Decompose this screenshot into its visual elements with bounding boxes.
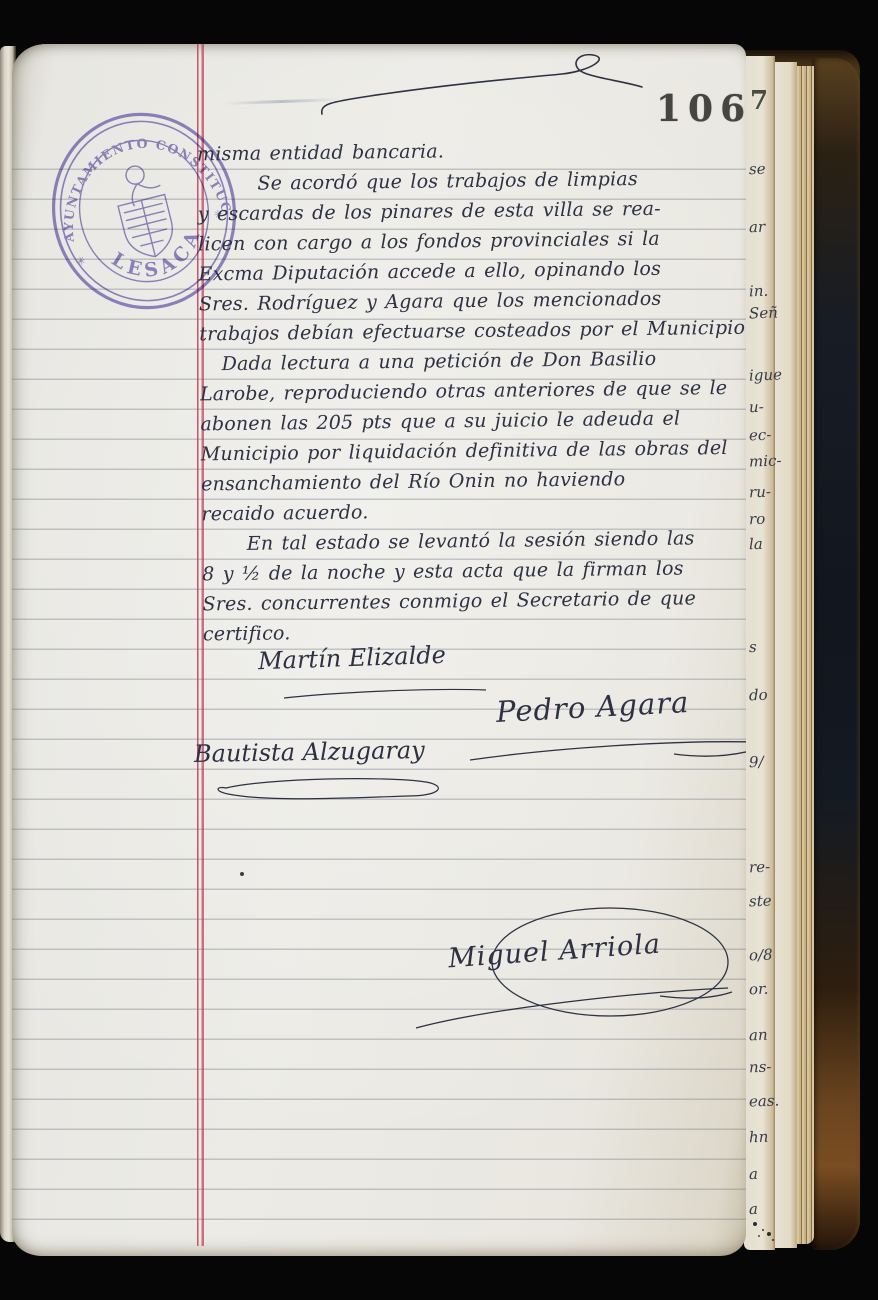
edge-text-fragment: ar	[749, 218, 766, 237]
edge-text-fragment: eas.	[749, 1091, 780, 1110]
edge-text-fragment: a	[749, 1200, 759, 1218]
edge-text-fragment: ns-	[749, 1058, 772, 1077]
edge-text-fragment: s	[749, 638, 757, 656]
edge-text-fragment: ec-	[749, 426, 772, 445]
page-number: 106	[656, 88, 746, 130]
edge-text-fragment: hn	[749, 1128, 769, 1147]
photographed-minutes-book: 7 searin.Señigueu-ec-mic-ru-rolasdo9/re-…	[0, 0, 878, 1300]
edge-text-fragment: or.	[749, 980, 769, 999]
handwritten-text-block: misma entidad bancaria.Se acordó que los…	[197, 133, 746, 650]
edge-text-fragments: 7 searin.Señigueu-ec-mic-ru-rolasdo9/re-…	[744, 56, 808, 1250]
book-binding	[812, 58, 860, 1250]
edge-text-fragment: u-	[749, 398, 764, 417]
edge-text-fragment: ste	[749, 892, 772, 911]
ink-flourish	[310, 52, 650, 130]
edge-text-fragment: do	[749, 686, 768, 705]
edge-text-fragment: a	[749, 1165, 759, 1183]
edge-text-fragment: se	[749, 160, 766, 179]
signature-councilor-left: Bautista Alzugaray	[194, 736, 425, 768]
ink-dot	[240, 872, 244, 876]
edge-text-fragment: in.	[749, 282, 769, 301]
edge-text-fragment: re-	[749, 858, 771, 877]
stamp-star-left: ✳	[75, 254, 87, 269]
edge-text-fragment: ru-	[749, 483, 772, 502]
edge-text-fragment: o/8	[749, 946, 773, 965]
edge-text-fragment: an	[749, 1026, 768, 1045]
edge-text-fragment: la	[749, 535, 763, 553]
manuscript-page: 106 AYUNTAMIENTO CONSTITUCIONAL DE LESAC…	[12, 44, 746, 1256]
edge-text-fragment: mic-	[749, 451, 782, 470]
stamp-crest	[110, 161, 179, 263]
edge-text-fragment: Señ	[749, 304, 778, 323]
edge-text-fragment: 9/	[749, 753, 764, 771]
adjacent-page-number: 7	[750, 86, 768, 116]
edge-text-fragment: ro	[749, 510, 766, 529]
edge-text-fragment: igue	[749, 365, 783, 384]
